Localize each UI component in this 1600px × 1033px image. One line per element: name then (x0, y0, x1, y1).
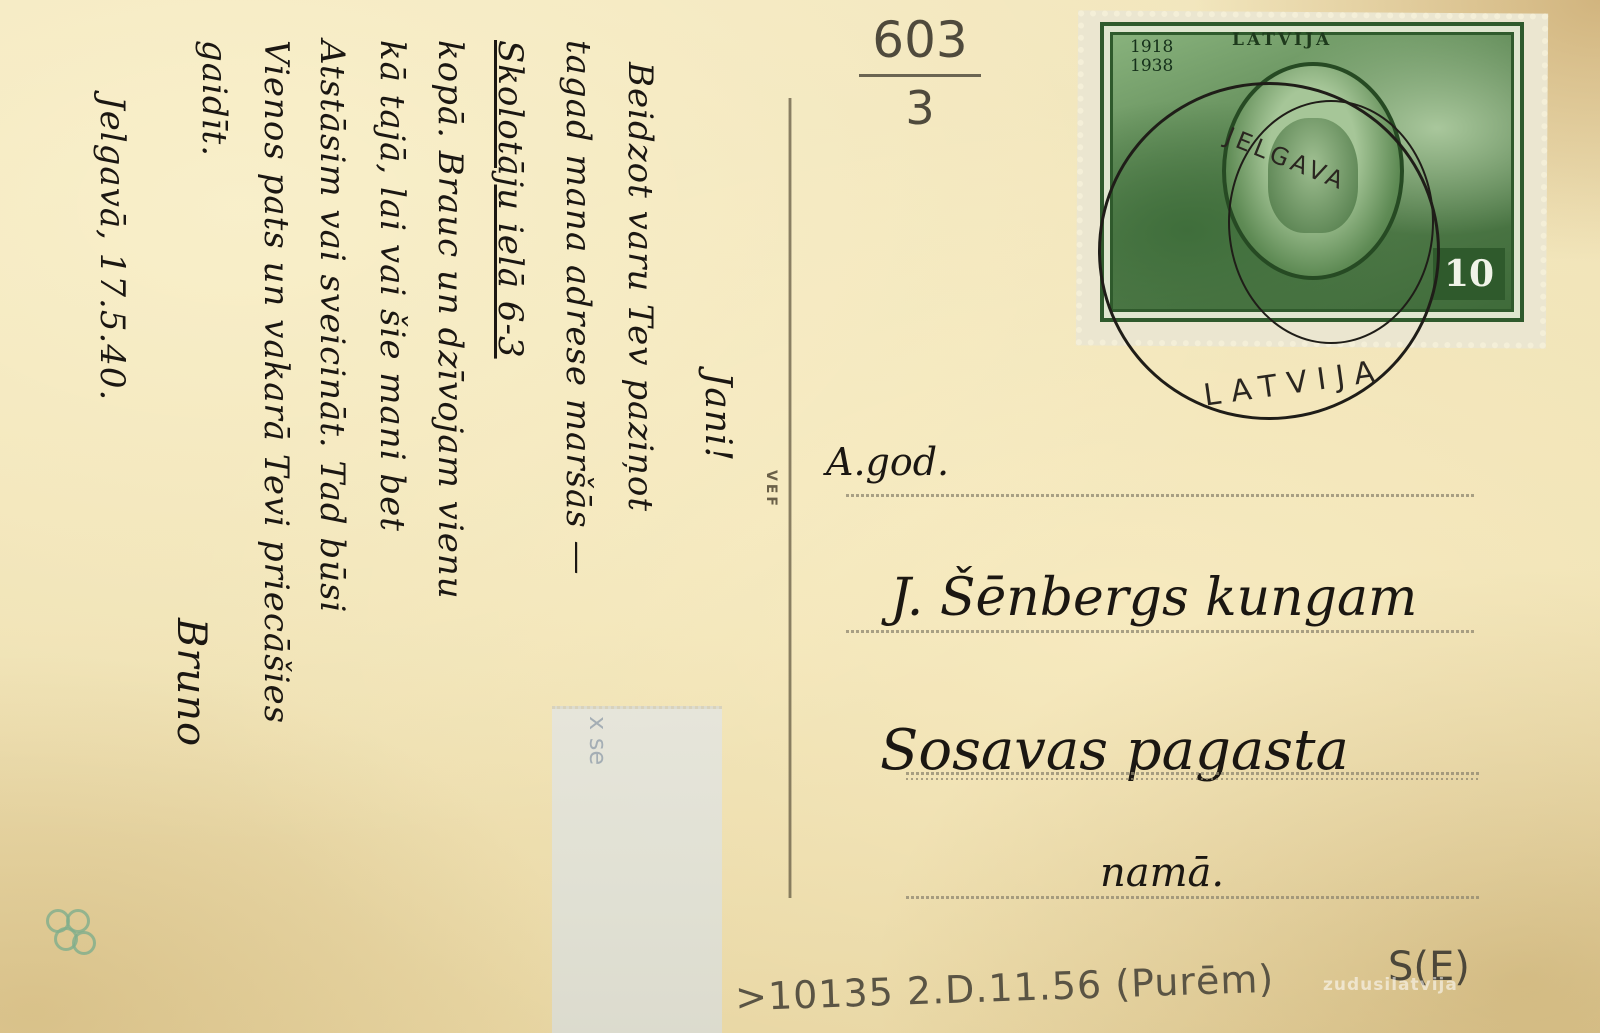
tape-pencil-note: x se (584, 716, 612, 765)
message-line: Skolotāju ielā 6-3 (490, 40, 530, 359)
watermark: zudusilatvija (1323, 975, 1458, 995)
message-line: tagad mana adrese maršās — (558, 40, 598, 576)
stamp-value: 10 (1433, 248, 1505, 300)
address-line-3 (906, 772, 1480, 775)
message-line: Beidzot varu Tev paziņot (620, 62, 660, 512)
stamp-years: 1918 1938 (1130, 38, 1173, 76)
message-greeting: Jani! (697, 372, 738, 462)
address-line3: namā. (1100, 850, 1224, 896)
message-place-date: Jelgavā, 17.5.40. (92, 96, 132, 401)
fraction-bar (859, 74, 981, 77)
catalog-mark: 603 3 (865, 10, 975, 133)
message-line: gaidīt. (194, 40, 234, 157)
catalog-subnumber: 3 (865, 83, 975, 133)
stamp-country: LATVIJA (1232, 30, 1332, 50)
address-line-2 (846, 630, 1476, 633)
address-line-4 (906, 896, 1480, 899)
message-line: kopā. Brauc un dzīvojam vienu (430, 40, 470, 600)
message-line: Vienos pats un vakarā Tevi priecāšies (256, 40, 296, 724)
message-signature: Bruno (168, 618, 214, 747)
publisher-mark: VEF (763, 470, 779, 509)
address-recipient: J. Šēnbergs kungam (890, 568, 1417, 628)
center-divider (788, 98, 792, 898)
catalog-number: 603 (865, 10, 975, 70)
address-line-1 (846, 494, 1476, 497)
tape-remnant (552, 706, 722, 1033)
postcard-back: Jani! Beidzot varu Tev paziņot tagad man… (0, 0, 1600, 1033)
message-line: kā tajā, lai vai šie mani bet (372, 40, 412, 532)
message-line: Atstāsim vai sveicināt. Tad būsi (312, 40, 352, 613)
clover-icon (40, 905, 100, 965)
address-salutation: A.god. (826, 440, 949, 484)
archive-pencil-note: >10135 2.D.11.56 (Purēm) (734, 957, 1274, 1020)
